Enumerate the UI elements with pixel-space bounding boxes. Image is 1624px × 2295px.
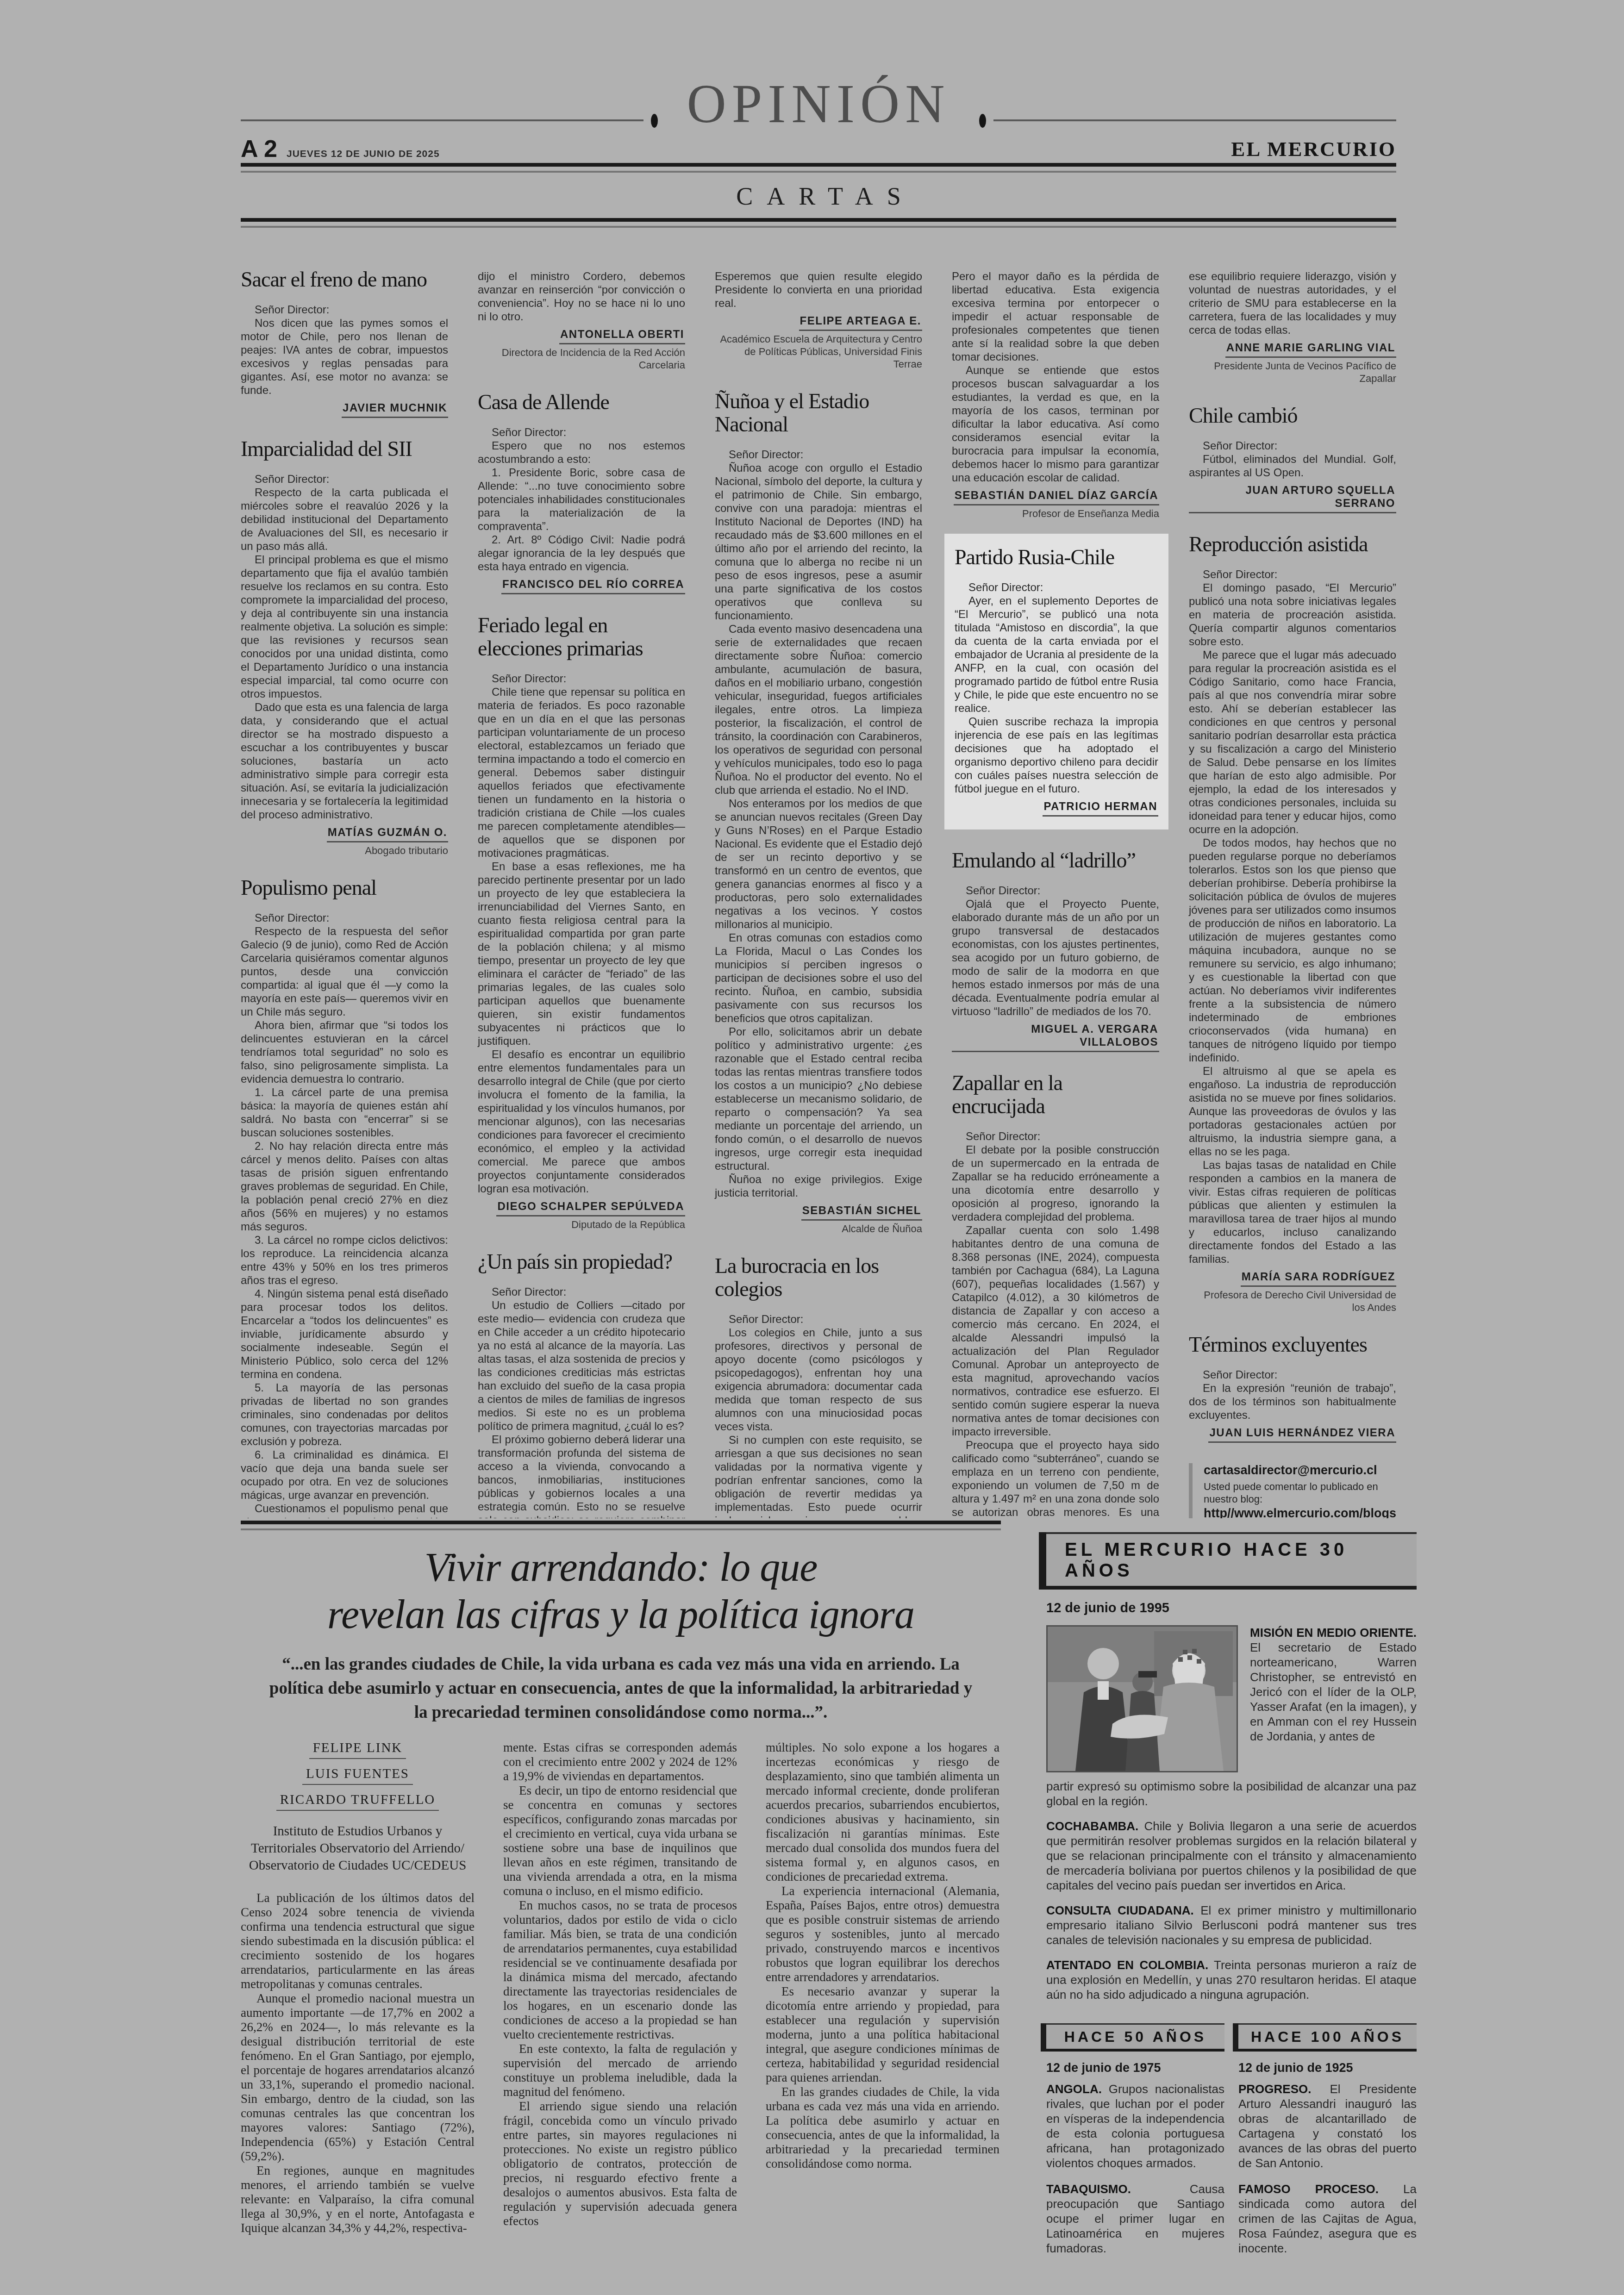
letter-signature: SEBASTIÁN DANIEL DÍAZ GARCÍA [952, 489, 1159, 505]
letter-paragraph: 3. La cárcel no rompe ciclos delictivos:… [241, 1234, 448, 1287]
letters-column-4: Pero el mayor daño es la pérdida de libe… [952, 266, 1159, 1518]
letters-section: Sacar el freno de mano Señor Director: N… [241, 266, 1396, 1518]
letter-paragraph: Aunque se entiende que estos procesos bu… [952, 364, 1159, 485]
letter-title: Ñuñoa y el Estadio Nacional [715, 390, 922, 436]
letter-paragraph: De todos modos, hay hechos que no pueden… [1189, 836, 1396, 1065]
letter-paragraph: Un estudio de Colliers —citado por este … [478, 1299, 685, 1433]
letter-paragraph: El debate por la posible construcción de… [952, 1143, 1159, 1224]
salutation: Señor Director: [1189, 1368, 1396, 1382]
archive-100-header: HACE 100 AÑOS [1238, 2023, 1417, 2052]
feature-article: Vivir arrendando: lo que revelan las cif… [241, 1521, 1001, 2275]
blog-note: Usted puede comentar lo publicado en nue… [1204, 1480, 1396, 1505]
letter-paragraph: Preocupa que el proyecto haya sido calif… [952, 1439, 1159, 1518]
masthead-left: A 2 JUEVES 12 DE JUNIO DE 2025 [241, 135, 440, 163]
feature-headline-line1: Vivir arrendando: lo que [241, 1544, 1001, 1591]
letter-paragraph: El próximo gobierno deberá liderar una t… [478, 1433, 685, 1518]
feature-paragraph: En las grandes ciudades de Chile, la vid… [766, 2085, 999, 2171]
signature-role: Presidente Junta de Vecinos Pacífico de … [1189, 360, 1396, 385]
salutation: Señor Director: [1189, 568, 1396, 581]
feature-paragraph: Es necesario avanzar y superar la dicoto… [766, 1984, 999, 2085]
letter-paragraph: Ojalá que el Proyecto Puente, elaborado … [952, 898, 1159, 1018]
letters-column-2: dijo el ministro Cordero, debemos avanza… [478, 266, 685, 1518]
edition-date: JUEVES 12 DE JUNIO DE 2025 [287, 149, 440, 160]
salutation: Señor Director: [478, 426, 685, 439]
letter-paragraph: Si no cumplen con este requisito, se arr… [715, 1434, 922, 1518]
letter-paragraph: Fútbol, eliminados del Mundial. Golf, as… [1189, 453, 1396, 480]
signature-name: FRANCISCO DEL RÍO CORREA [501, 578, 685, 594]
letter-paragraph: En otras comunas con estadios como La Fl… [715, 931, 922, 1025]
letter-signature: DIEGO SCHALPER SEPÚLVEDA [478, 1200, 685, 1216]
signature-name: ANNE MARIE GARLING VIAL [1225, 342, 1396, 358]
archive-photo-row: MISIÓN EN MEDIO ORIENTE. El secretario d… [1046, 1625, 1417, 1772]
signature-name: PATRICIO HERMAN [1043, 800, 1158, 817]
signature-role: Profesor de Enseñanza Media [952, 507, 1159, 520]
letter-paragraph: Pero el mayor daño es la pérdida de libe… [952, 270, 1159, 364]
letter-title: Zapallar en la encrucijada [952, 1072, 1159, 1118]
salutation: Señor Director: [241, 303, 448, 317]
feature-paragraph: En muchos casos, no se trata de procesos… [503, 1898, 737, 2042]
archive-item-lead: ATENTADO EN COLOMBIA. [1046, 1958, 1208, 1972]
letter-paragraph: El domingo pasado, “El Mercurio” publicó… [1189, 581, 1396, 649]
feature-author: RICARDO TRUFFELLO [276, 1792, 439, 1811]
letter-pais-sin-propiedad-continuation: Esperemos que quien resulte elegido Pres… [715, 270, 922, 370]
letter-paragraph: 2. No hay relación directa entre más cár… [241, 1140, 448, 1234]
letter-paragraph: Zapallar cuenta con solo 1.498 habitante… [952, 1224, 1159, 1439]
letter-signature: MIGUEL A. VERGARA VILLALOBOS [952, 1023, 1159, 1052]
feature-author: LUIS FUENTES [302, 1766, 413, 1785]
letter-paragraph: Ñuñoa acoge con orgullo el Estadio Nacio… [715, 461, 922, 623]
signature-name: JUAN LUIS HERNÁNDEZ VIERA [1208, 1427, 1396, 1443]
divider-rule [241, 218, 1396, 228]
letter-title: Partido Rusia-Chile [955, 546, 1158, 569]
letter-chile-cambio: Chile cambió Señor Director: Fútbol, eli… [1189, 404, 1396, 513]
letter-paragraph: Espero que no nos estemos acostumbrando … [478, 439, 685, 466]
letter-emulando-ladrillo: Emulando al “ladrillo” Señor Director: O… [952, 849, 1159, 1052]
letter-paragraph: Las bajas tasas de natalidad en Chile re… [1189, 1159, 1396, 1266]
salutation: Señor Director: [241, 473, 448, 486]
letter-title: Populismo penal [241, 876, 448, 899]
blog-url[interactable]: http//www.elmercurio.com/blogs [1204, 1506, 1396, 1518]
letter-title: La burocracia en los colegios [715, 1254, 922, 1301]
letter-reproduccion-asistida: Reproducción asistida Señor Director: El… [1189, 533, 1396, 1314]
feature-paragraph: La publicación de los últimos datos del … [241, 1891, 475, 1991]
letter-paragraph: 6. La criminalidad es dinámica. El vacío… [241, 1448, 448, 1502]
archive-item: ATENTADO EN COLOMBIA. Treinta personas m… [1046, 1958, 1417, 2002]
archive-item-lead: ANGOLA. [1046, 2082, 1102, 2096]
archive-100-block: HACE 100 AÑOS 12 de junio de 1925 PROGRE… [1238, 2023, 1417, 2267]
letter-paragraph: 1. La cárcel parte de una premisa básica… [241, 1086, 448, 1140]
letter-paragraph: El altruismo al que se apela es engañoso… [1189, 1065, 1396, 1159]
letter-signature: JAVIER MUCHNIK [241, 402, 448, 418]
feature-paragraph: En regiones, aunque en magnitudes menore… [241, 2164, 475, 2235]
letter-title: Chile cambió [1189, 404, 1396, 427]
masthead-row: OPINIÓN A 2 JUEVES 12 DE JUNIO DE 2025 E… [241, 65, 1396, 163]
signature-name: MATÍAS GUZMÁN O. [327, 826, 448, 842]
letter-paragraph: Los colegios en Chile, junto a sus profe… [715, 1326, 922, 1434]
feature-author: FELIPE LINK [309, 1740, 406, 1759]
letter-paragraph: Dado que esta es una falencia de larga d… [241, 701, 448, 822]
salutation: Señor Director: [955, 581, 1158, 594]
feature-headline-line2: revelan las cifras y la política ignora [241, 1591, 1001, 1639]
letter-signature: PATRICIO HERMAN [955, 800, 1158, 817]
salutation: Señor Director: [241, 911, 448, 925]
signature-name: ANTONELLA OBERTI [559, 328, 685, 344]
letters-email-address[interactable]: cartasaldirector@mercurio.cl [1204, 1463, 1396, 1478]
signature-name: MARÍA SARA RODRÍGUEZ [1241, 1271, 1396, 1287]
caption-lead: MISIÓN EN MEDIO ORIENTE. [1250, 1626, 1417, 1640]
archive-item-lead: PROGRESO. [1238, 2082, 1311, 2096]
letter-paragraph: Esperemos que quien resulte elegido Pres… [715, 270, 922, 310]
archive-photo-caption: MISIÓN EN MEDIO ORIENTE. El secretario d… [1250, 1625, 1417, 1772]
divider-rule [241, 163, 1396, 173]
divider-rule [241, 1521, 1001, 1530]
masthead-rule-left [241, 119, 643, 121]
archive-item: FAMOSO PROCESO. La sindicada como autora… [1238, 2182, 1417, 2256]
signature-role: Directora de Incidencia de la Red Acción… [478, 346, 685, 371]
masthead-dot-left [651, 114, 658, 128]
salutation: Señor Director: [1189, 439, 1396, 453]
archive-item: CONSULTA CIUDADANA. El ex primer ministr… [1046, 1903, 1417, 1947]
letter-title: ¿Un país sin propiedad? [478, 1250, 685, 1273]
cartas-section-title: CARTAS [241, 182, 1396, 211]
salutation: Señor Director: [478, 1285, 685, 1299]
salutation: Señor Director: [715, 1313, 922, 1326]
signature-role: Académico Escuela de Arquitectura y Cent… [715, 333, 922, 370]
archive-50-date: 12 de junio de 1975 [1046, 2061, 1224, 2075]
letter-title: Casa de Allende [478, 391, 685, 414]
letter-paragraph: Ayer, en el suplemento Deportes de “El M… [955, 594, 1158, 715]
signature-name: SEBASTIÁN SICHEL [801, 1204, 922, 1221]
letter-title: Sacar el freno de mano [241, 268, 448, 291]
letters-submission-info-box: cartasaldirector@mercurio.cl Usted puede… [1189, 1463, 1396, 1518]
feature-paragraph: Aunque el promedio nacional muestra un a… [241, 1991, 475, 2164]
letter-title: Emulando al “ladrillo” [952, 849, 1159, 872]
letter-populismo-penal-continuation: dijo el ministro Cordero, debemos avanza… [478, 270, 685, 371]
letter-zapallar: Zapallar en la encrucijada Señor Directo… [952, 1072, 1159, 1518]
archive-panel: EL MERCURIO HACE 30 AÑOS 12 de junio de … [1046, 1532, 1417, 2273]
archive-30-header: EL MERCURIO HACE 30 AÑOS [1046, 1532, 1417, 1590]
letter-paragraph: El desafío es encontrar un equilibrio en… [478, 1048, 685, 1196]
letter-paragraph: Respecto de la carta publicada el miérco… [241, 486, 448, 553]
archive-100-date: 12 de junio de 1925 [1238, 2061, 1417, 2075]
letter-burocracia-colegios: La burocracia en los colegios Señor Dire… [715, 1254, 922, 1518]
salutation: Señor Director: [952, 1130, 1159, 1143]
letter-nunoa-estadio: Ñuñoa y el Estadio Nacional Señor Direct… [715, 390, 922, 1235]
masthead: OPINIÓN A 2 JUEVES 12 DE JUNIO DE 2025 E… [241, 65, 1396, 228]
letter-paragraph: Me parece que el lugar más adecuado para… [1189, 649, 1396, 836]
letter-paragraph: En base a esas reflexiones, me ha pareci… [478, 860, 685, 1048]
signature-role: Alcalde de Ñuñoa [715, 1222, 922, 1235]
archive-item: COCHABAMBA. Chile y Bolivia llegaron a u… [1046, 1819, 1417, 1893]
feature-column-3: múltiples. No solo expone a los hogares … [766, 1740, 999, 2235]
feature-column-1: FELIPE LINK LUIS FUENTES RICARDO TRUFFEL… [241, 1740, 475, 2235]
newspaper-page: OPINIÓN A 2 JUEVES 12 DE JUNIO DE 2025 E… [0, 0, 1624, 2295]
masthead-dot-right [979, 114, 986, 128]
signature-name: SEBASTIÁN DANIEL DÍAZ GARCÍA [954, 489, 1159, 505]
letter-title: Reproducción asistida [1189, 533, 1396, 556]
letter-title: Feriado legal en elecciones primarias [478, 614, 685, 660]
brand-name: EL MERCURIO [1231, 137, 1396, 161]
feature-column-2: mente. Estas cifras se corresponden adem… [503, 1740, 737, 2235]
salutation: Señor Director: [715, 448, 922, 461]
letter-paragraph: Ahora bien, afirmar que “si todos los de… [241, 1019, 448, 1086]
letter-terminos-excluyentes: Términos excluyentes Señor Director: En … [1189, 1333, 1396, 1443]
letter-sacar-el-freno: Sacar el freno de mano Señor Director: N… [241, 268, 448, 418]
archive-item: PROGRESO. El Presidente Arturo Alessandr… [1238, 2082, 1417, 2170]
feature-paragraph: El arriendo sigue siendo una relación fr… [503, 2099, 737, 2228]
signature-name: DIEGO SCHALPER SEPÚLVEDA [496, 1200, 685, 1216]
feature-paragraph: En este contexto, la falta de regulación… [503, 2042, 737, 2099]
archive-item-lead: TABAQUISMO. [1046, 2182, 1131, 2196]
archive-photo [1046, 1625, 1238, 1772]
letter-paragraph: Nos enteramos por los medios de que se a… [715, 797, 922, 931]
letter-paragraph: Quien suscribe rechaza la impropia injer… [955, 715, 1158, 796]
signature-name: MIGUEL A. VERGARA VILLALOBOS [952, 1023, 1159, 1052]
section-title: OPINIÓN [687, 77, 950, 131]
letter-populismo-penal: Populismo penal Señor Director: Respecto… [241, 876, 448, 1518]
letter-paragraph: Respecto de la respuesta del señor Galec… [241, 925, 448, 1019]
archive-50-block: HACE 50 AÑOS 12 de junio de 1975 ANGOLA.… [1046, 2023, 1224, 2267]
page-label: A 2 [241, 135, 277, 163]
letter-signature: FELIPE ARTEAGA E. [715, 315, 922, 331]
letters-column-5: ese equilibrio requiere liderazgo, visió… [1189, 266, 1396, 1518]
letter-paragraph: Ñuñoa no exige privilegios. Exige justic… [715, 1173, 922, 1200]
signature-role: Abogado tributario [241, 844, 448, 857]
letter-paragraph: dijo el ministro Cordero, debemos avanza… [478, 270, 685, 324]
letter-signature: MARÍA SARA RODRÍGUEZ [1189, 1271, 1396, 1287]
letter-title: Términos excluyentes [1189, 1333, 1396, 1356]
letter-paragraph: 2. Art. 8º Código Civil: Nadie podrá ale… [478, 533, 685, 574]
letter-paragraph: 4. Ningún sistema penal está diseñado pa… [241, 1287, 448, 1381]
feature-pull-quote: “...en las grandes ciudades de Chile, la… [264, 1653, 977, 1725]
letter-signature: ANNE MARIE GARLING VIAL [1189, 342, 1396, 358]
handshake-photo-graphic [1048, 1627, 1237, 1771]
feature-author-affiliation: Instituto de Estudios Urbanos y Territor… [241, 1823, 475, 1874]
archive-older-row: HACE 50 AÑOS 12 de junio de 1975 ANGOLA.… [1046, 2023, 1417, 2267]
archive-item: ANGOLA. Grupos nacionalistas rivales, qu… [1046, 2082, 1224, 2170]
archive-item-lead: FAMOSO PROCESO. [1238, 2182, 1379, 2196]
feature-paragraph: múltiples. No solo expone a los hogares … [766, 1740, 999, 1884]
archive-30-date: 12 de junio de 1995 [1046, 1601, 1417, 1616]
letter-title: Imparcialidad del SII [241, 437, 448, 461]
archive-caption-continuation: partir expresó su optimismo sobre la pos… [1046, 1779, 1417, 1809]
letter-signature: ANTONELLA OBERTI [478, 328, 685, 344]
letter-signature: FRANCISCO DEL RÍO CORREA [478, 578, 685, 594]
letter-signature: MATÍAS GUZMÁN O. [241, 826, 448, 842]
letter-paragraph: Nos dicen que las pymes somos el motor d… [241, 317, 448, 397]
letter-paragraph: En la expresión “reunión de trabajo”, do… [1189, 1382, 1396, 1422]
letter-paragraph: El principal problema es que el mismo de… [241, 553, 448, 701]
letter-paragraph: Cuestionamos el populismo penal que plan… [241, 1502, 448, 1518]
letter-partido-rusia-chile: Partido Rusia-Chile Señor Director: Ayer… [944, 534, 1168, 829]
letter-pais-sin-propiedad: ¿Un país sin propiedad? Señor Director: … [478, 1250, 685, 1518]
letter-paragraph: Por ello, solicitamos abrir un debate po… [715, 1025, 922, 1173]
letter-signature: JUAN LUIS HERNÁNDEZ VIERA [1189, 1427, 1396, 1443]
feature-columns: FELIPE LINK LUIS FUENTES RICARDO TRUFFEL… [241, 1740, 1001, 2235]
letter-feriado-legal: Feriado legal en elecciones primarias Se… [478, 614, 685, 1231]
letter-paragraph: 5. La mayoría de las personas privadas d… [241, 1381, 448, 1448]
letter-paragraph: Cada evento masivo desencadena una serie… [715, 623, 922, 797]
letter-signature: SEBASTIÁN SICHEL [715, 1204, 922, 1221]
feature-paragraph: Es decir, un tipo de entorno residencial… [503, 1784, 737, 1898]
signature-role: Diputado de la República [478, 1218, 685, 1231]
signature-role: Profesora de Derecho Civil Universidad d… [1189, 1289, 1396, 1314]
letter-imparcialidad-sii: Imparcialidad del SII Señor Director: Re… [241, 437, 448, 857]
archive-item: TABAQUISMO. Causa preocupación que Santi… [1046, 2182, 1224, 2256]
letter-zapallar-continuation: ese equilibrio requiere liderazgo, visió… [1189, 270, 1396, 385]
letters-column-3: Esperemos que quien resulte elegido Pres… [715, 266, 922, 1518]
letter-paragraph: ese equilibrio requiere liderazgo, visió… [1189, 270, 1396, 337]
signature-name: JUAN ARTURO SQUELLA SERRANO [1189, 484, 1396, 513]
letter-signature: JUAN ARTURO SQUELLA SERRANO [1189, 484, 1396, 513]
feature-paragraph: La experiencia internacional (Alemania, … [766, 1884, 999, 1984]
signature-name: JAVIER MUCHNIK [342, 402, 448, 418]
feature-paragraph: mente. Estas cifras se corresponden adem… [503, 1740, 737, 1784]
salutation: Señor Director: [478, 672, 685, 686]
caption-text: El secretario de Estado norteamericano, … [1250, 1640, 1417, 1743]
archive-item-lead: COCHABAMBA. [1046, 1819, 1138, 1833]
letters-column-1: Sacar el freno de mano Señor Director: N… [241, 266, 448, 1518]
masthead-rule-right [993, 119, 1396, 121]
letter-paragraph: 1. Presidente Boric, sobre casa de Allen… [478, 466, 685, 533]
salutation: Señor Director: [952, 884, 1159, 898]
letter-paragraph: Chile tiene que repensar su política en … [478, 686, 685, 860]
archive-50-header: HACE 50 AÑOS [1046, 2023, 1224, 2052]
signature-name: FELIPE ARTEAGA E. [799, 315, 922, 331]
archive-item-lead: CONSULTA CIUDADANA. [1046, 1903, 1194, 1917]
letter-casa-de-allende: Casa de Allende Señor Director: Espero q… [478, 391, 685, 594]
letter-burocracia-continuation: Pero el mayor daño es la pérdida de libe… [952, 270, 1159, 520]
